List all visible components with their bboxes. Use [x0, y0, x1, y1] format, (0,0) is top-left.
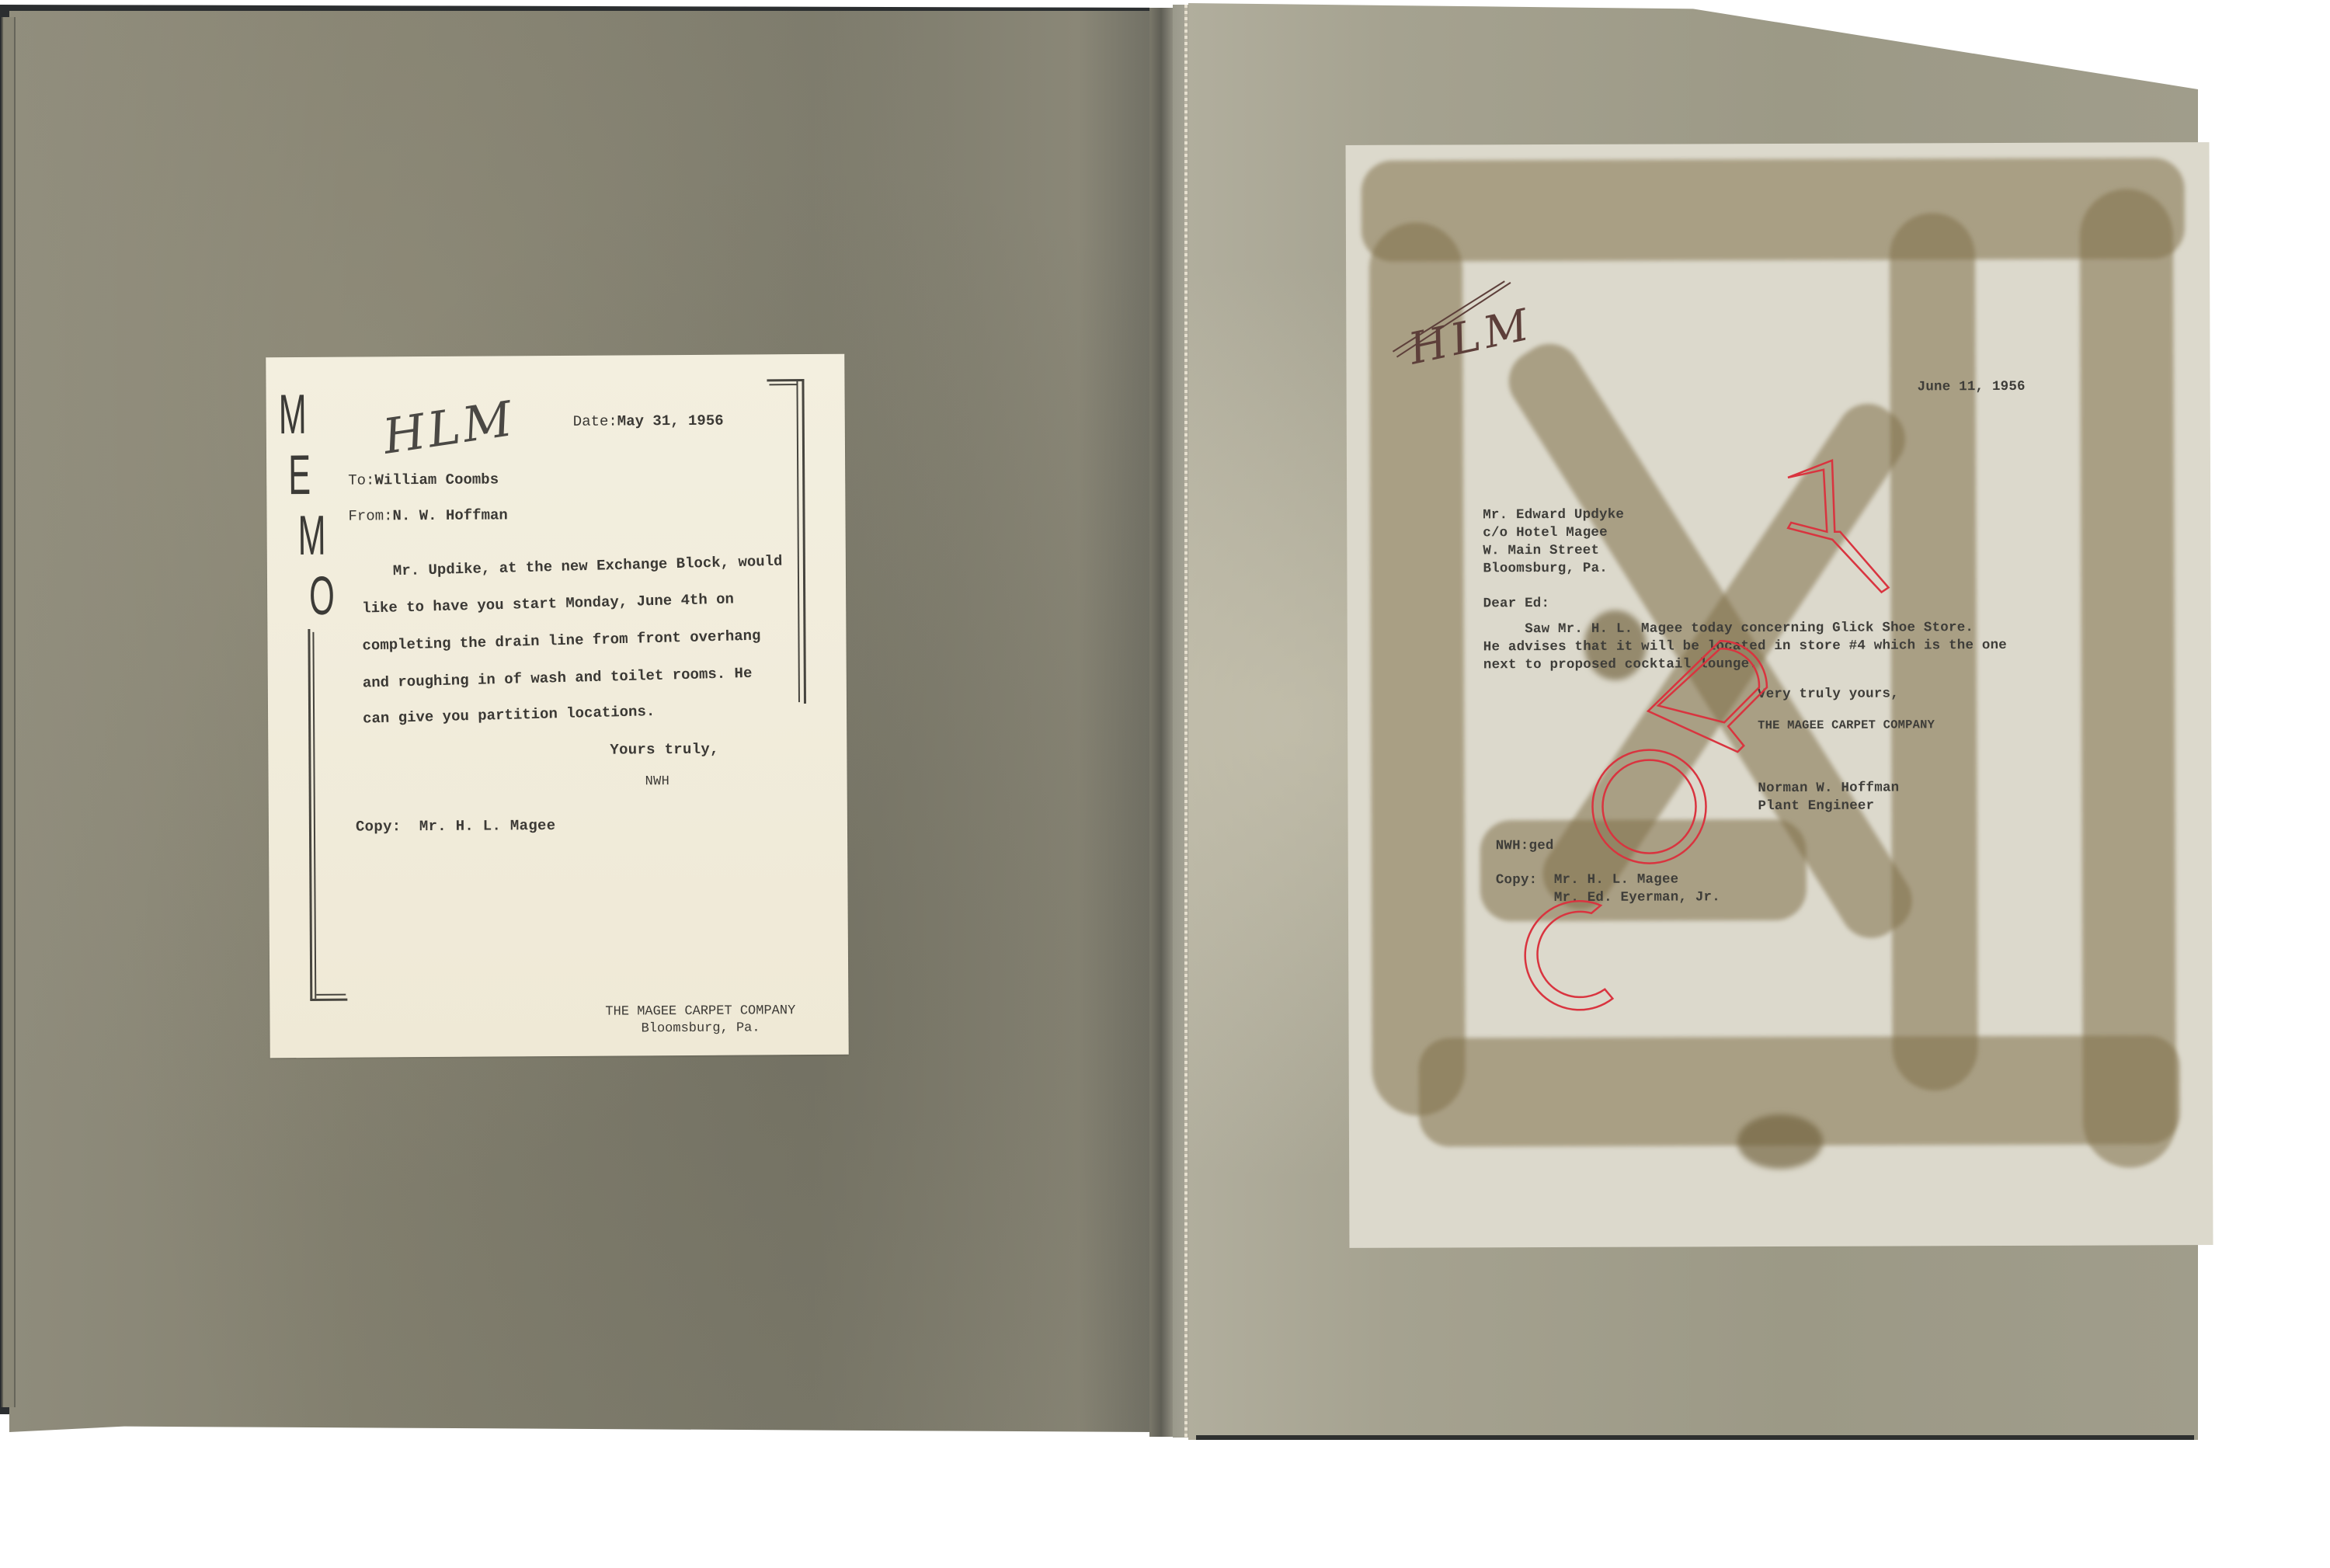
book-gutter — [1149, 8, 1173, 1437]
memo-closing: Yours truly, — [610, 741, 719, 759]
memo-from: From:N. W. Hoffman — [348, 506, 507, 524]
memo-body-line: completing the drain line from front ove… — [362, 628, 760, 655]
letter-company: THE MAGEE CARPET COMPANY — [1758, 716, 1935, 735]
letter-document: HLM June 11, 1956 Mr. Edward Updyke c/o … — [1346, 142, 2213, 1248]
signer-title: Plant Engineer — [1758, 798, 1874, 816]
address-line: W. Main Street — [1483, 542, 1599, 561]
letter-body-line: Saw Mr. H. L. Magee today concerning Gli… — [1483, 619, 1974, 638]
letter-closing: Very truly yours, — [1758, 685, 1899, 704]
address-line: Mr. Edward Updyke — [1483, 506, 1624, 525]
stain-top-band — [1361, 158, 2185, 262]
copy-recipient: Mr. Ed. Eyerman, Jr. — [1554, 888, 1720, 907]
copy-recipient: Mr. H. L. Magee — [419, 817, 556, 835]
from-label: From: — [348, 507, 392, 524]
border-rule-right — [802, 379, 806, 704]
memo-letter: O — [309, 568, 335, 623]
memo-body-line: like to have you start Monday, June 4th … — [362, 590, 734, 617]
address-line: Bloomsburg, Pa. — [1483, 560, 1608, 579]
reference-initials: NWH:ged — [1496, 837, 1554, 855]
signer-name: Norman W. Hoffman — [1758, 779, 1899, 798]
border-rule-left-inner — [312, 632, 316, 999]
letter-date: June 11, 1956 — [1918, 378, 2026, 396]
border-rule-top-inner — [769, 384, 797, 385]
letter-salutation: Dear Ed: — [1483, 595, 1550, 613]
to-value: William Coombs — [374, 471, 499, 488]
border-rule-left — [308, 629, 312, 1000]
border-rule-bottom-inner — [316, 994, 346, 996]
letter-body-line: He advises that it will be located in st… — [1483, 637, 2007, 656]
stain-right-band — [2080, 189, 2176, 1167]
memo-body-line: and roughing in of wash and toilet rooms… — [363, 665, 753, 692]
border-rule-right-inner — [796, 381, 800, 702]
page-stack-edge — [2, 17, 16, 1407]
memo-copy: Copy: Mr. H. L. Magee — [356, 817, 556, 836]
memo-date: Date:May 31, 1956 — [573, 412, 724, 430]
from-value: N. W. Hoffman — [392, 506, 507, 524]
copy-label: Copy: — [1496, 871, 1538, 889]
memo-to: To:William Coombs — [348, 471, 499, 488]
memo-document: M E M O HLM Date:May 31, 1956 To:William… — [266, 354, 848, 1059]
date-label: Date: — [573, 413, 617, 430]
memo-body-line: Mr. Updike, at the new Exchange Block, w… — [393, 553, 783, 580]
copy-label: Copy: — [356, 818, 402, 835]
handwritten-initials: HLM — [379, 390, 519, 465]
binding-stitch — [1184, 5, 1188, 1438]
border-rule-bottom — [310, 999, 347, 1001]
date-value: May 31, 1956 — [617, 412, 724, 430]
memo-footer-location: Bloomsburg, Pa. — [641, 1020, 760, 1036]
border-rule-top — [767, 379, 804, 381]
memo-footer-company: THE MAGEE CARPET COMPANY — [605, 1003, 795, 1019]
to-label: To: — [348, 471, 374, 488]
memo-letter: M — [297, 508, 325, 564]
letter-body-line: next to proposed cocktail lounge. — [1483, 655, 1758, 674]
right-page-bottom-edge — [1196, 1435, 2194, 1440]
stain-blot — [1737, 1114, 1823, 1169]
copy-recipient: Mr. H. L. Magee — [1554, 871, 1679, 889]
memo-body-line: can give you partition locations. — [363, 703, 656, 728]
address-line: c/o Hotel Magee — [1483, 524, 1608, 543]
memo-letter: M — [278, 387, 306, 443]
memo-signature-initials: NWH — [645, 774, 670, 789]
memo-letter: E — [288, 447, 311, 503]
